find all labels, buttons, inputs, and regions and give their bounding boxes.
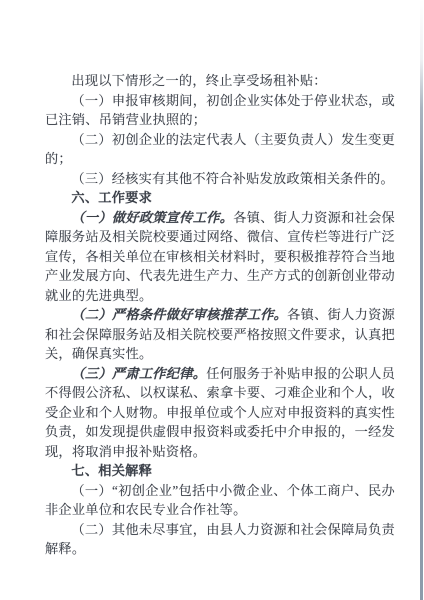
text-run: （一）申报审核期间，初创企业实体处于停业状态，或已注销、吊销营业执照的； <box>45 93 395 128</box>
section-6-heading: 六、工作要求 <box>45 188 395 208</box>
section-7-heading: 七、相关解释 <box>45 461 395 481</box>
document-body: 出现以下情形之一的，终止享受场租补贴： （一）申报审核期间，初创企业实体处于停业… <box>45 71 395 559</box>
run-in-heading: （一）做好政策宣传工作。 <box>71 210 233 225</box>
termination-item-1-paragraph: （一）申报审核期间，初创企业实体处于停业状态，或已注销、吊销营业执照的； <box>45 91 395 130</box>
termination-intro-paragraph: 出现以下情形之一的，终止享受场租补贴： <box>45 71 395 91</box>
run-in-heading: （三）严肃工作纪律。 <box>71 366 206 381</box>
work-discipline-paragraph: （三）严肃工作纪律。任何服务于补贴申报的公职人员不得假公济私、以权谋私、索拿卡要… <box>45 364 395 462</box>
text-run: （二）初创企业的法定代表人（主要负责人）发生变更的； <box>45 132 395 167</box>
text-run: （一）“初创企业”包括中小微企业、个体工商户、民办非企业单位和农民专业合作社等。 <box>45 483 395 518</box>
text-run: （三）经核实有其他不符合补贴发放政策相关条件的。 <box>71 171 394 186</box>
termination-item-2-paragraph: （二）初创企业的法定代表人（主要负责人）发生变更的； <box>45 130 395 169</box>
text-run: （二）其他未尽事宜，由县人力资源和社会保障局负责解释。 <box>45 522 395 557</box>
page-edge-shadow <box>420 0 423 600</box>
interpretation-authority-paragraph: （二）其他未尽事宜，由县人力资源和社会保障局负责解释。 <box>45 520 395 559</box>
policy-promotion-paragraph: （一）做好政策宣传工作。各镇、街人力资源和社会保障服务站及相关院校要通过网络、微… <box>45 208 395 306</box>
text-run: 出现以下情形之一的，终止享受场租补贴： <box>71 73 326 88</box>
document-page: 出现以下情形之一的，终止享受场租补贴： （一）申报审核期间，初创企业实体处于停业… <box>0 0 424 600</box>
termination-item-3-paragraph: （三）经核实有其他不符合补贴发放政策相关条件的。 <box>45 169 395 189</box>
review-recommendation-paragraph: （二）严格条件做好审核推荐工作。各镇、街人力资源和社会保障服务站及相关院校要严格… <box>45 305 395 364</box>
heading-text: 六、工作要求 <box>71 190 152 205</box>
run-in-heading: （二）严格条件做好审核推荐工作。 <box>71 307 287 322</box>
startup-definition-paragraph: （一）“初创企业”包括中小微企业、个体工商户、民办非企业单位和农民专业合作社等。 <box>45 481 395 520</box>
heading-text: 七、相关解释 <box>71 463 152 478</box>
